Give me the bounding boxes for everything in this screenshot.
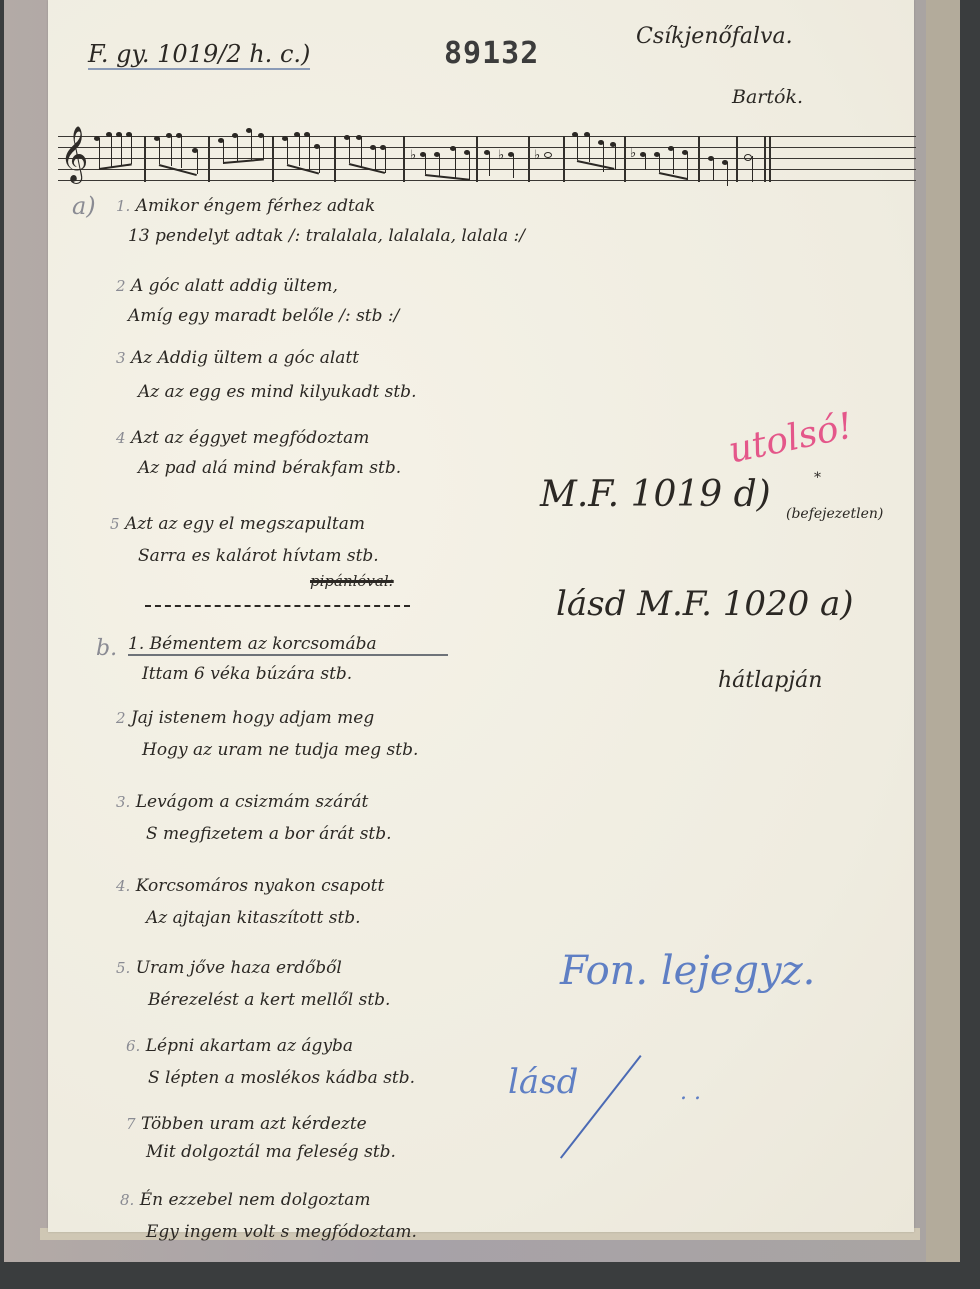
phonograph-note-title: Fon. lejegyz. bbox=[560, 948, 815, 994]
barline bbox=[698, 136, 700, 182]
phonograph-note-see: lásd bbox=[508, 1062, 578, 1102]
music-staff: 𝄞 ♭ ♭ ♭ ♭ bbox=[58, 136, 916, 182]
verse-a1-line2: 13 pendelyt adtak /: tralalala, lalalala… bbox=[128, 226, 525, 246]
barline bbox=[403, 136, 405, 182]
verse-b1-line2: Ittam 6 véka búzára stb. bbox=[142, 664, 352, 684]
stamp-number: 89132 bbox=[444, 36, 539, 71]
reference-see-mf-1020a: lásd M.F. 1020 a) bbox=[556, 584, 854, 624]
verse-b2-line2: Hogy az uram ne tudja meg stb. bbox=[142, 740, 418, 760]
catalog-reference-text: F. gy. 1019/2 h. c.) bbox=[88, 40, 310, 70]
verse-b4-line2: Az ajtajan kitaszított stb. bbox=[146, 908, 361, 928]
staff-line bbox=[58, 158, 916, 159]
place-name: Csíkjenőfalva. bbox=[636, 24, 793, 49]
verse-b1-line1: 1. Bémentem az korcsomába bbox=[128, 634, 448, 656]
barline bbox=[528, 136, 530, 182]
mount-right-edge bbox=[926, 0, 960, 1262]
verse-a1-line1: 1. Amikor éngem férhez adtak bbox=[116, 196, 375, 216]
barline bbox=[334, 136, 336, 182]
barline bbox=[144, 136, 146, 182]
barline bbox=[563, 136, 565, 182]
verse-b6-line1: 6. Lépni akartam az ágyba bbox=[126, 1036, 353, 1056]
verse-b4-line1: 4. Korcsomáros nyakon csapott bbox=[116, 876, 384, 896]
verse-a4-line1: 4 Azt az éggyet megfódoztam bbox=[116, 428, 369, 448]
unfinished-note: (befejezetlen) bbox=[786, 506, 883, 522]
reference-mf-1019d: M.F. 1019 d) bbox=[540, 474, 771, 515]
barline bbox=[208, 136, 210, 182]
treble-clef-icon: 𝄞 bbox=[60, 130, 88, 178]
blue-pencil-dots: . . bbox=[680, 1080, 701, 1105]
final-barline bbox=[769, 136, 771, 182]
verse-b8-line1: 8. Én ezzebel nem dolgoztam bbox=[120, 1190, 371, 1210]
catalog-reference: F. gy. 1019/2 h. c.) bbox=[88, 40, 310, 68]
barline bbox=[476, 136, 478, 182]
verse-b3-line2: S megfizetem a bor árát stb. bbox=[146, 824, 392, 844]
staff-line bbox=[58, 147, 916, 148]
barline bbox=[272, 136, 274, 182]
staff-line bbox=[58, 136, 916, 137]
verse-a2-line2: Amíg egy maradt belőle /: stb :/ bbox=[128, 306, 399, 326]
verse-b5-line2: Bérezelést a kert mellől stb. bbox=[148, 990, 390, 1010]
verse-a2-line1: 2 A góc alatt addig ültem, bbox=[116, 276, 338, 296]
verse-b2-line1: 2 Jaj istenem hogy adjam meg bbox=[116, 708, 374, 728]
section-divider bbox=[145, 605, 410, 607]
verse-b7-line2: Mit dolgoztál ma feleség stb. bbox=[146, 1142, 396, 1162]
reference-back-side: hátlapján bbox=[718, 668, 822, 693]
verse-b3-line1: 3. Levágom a csizmám szárát bbox=[116, 792, 368, 812]
verse-b6-line2: S lépten a moslékos kádba stb. bbox=[148, 1068, 415, 1088]
verse-b5-line1: 5. Uram jőve haza erdőből bbox=[116, 958, 342, 978]
verse-a5-struck-word: pipánlóval: bbox=[310, 572, 394, 590]
collector-name: Bartók. bbox=[732, 86, 803, 108]
verse-a5-line2: Sarra es kalárot hívtam stb. bbox=[138, 546, 379, 566]
verse-a4-line2: Az pad alá mind bérakfam stb. bbox=[138, 458, 401, 478]
staff-line bbox=[58, 180, 916, 181]
section-a-marker: a) bbox=[72, 192, 96, 220]
verse-b8-line2: Egy ingem volt s megfódoztam. bbox=[146, 1222, 417, 1242]
verse-a3-line2: Az az egg es mind kilyukadt stb. bbox=[138, 382, 416, 402]
barline bbox=[736, 136, 738, 182]
section-b-marker: b. bbox=[96, 636, 117, 661]
asterisk-mark: * bbox=[814, 470, 821, 486]
staff-line bbox=[58, 169, 916, 170]
verse-a3-line1: 3 Az Addig ültem a góc alatt bbox=[116, 348, 359, 368]
verse-a5-line1: 5 Azt az egy el megszapultam bbox=[110, 514, 365, 534]
barline bbox=[624, 136, 626, 182]
verse-b7-line1: 7 Többen uram azt kérdezte bbox=[126, 1114, 367, 1134]
final-barline bbox=[764, 136, 766, 182]
